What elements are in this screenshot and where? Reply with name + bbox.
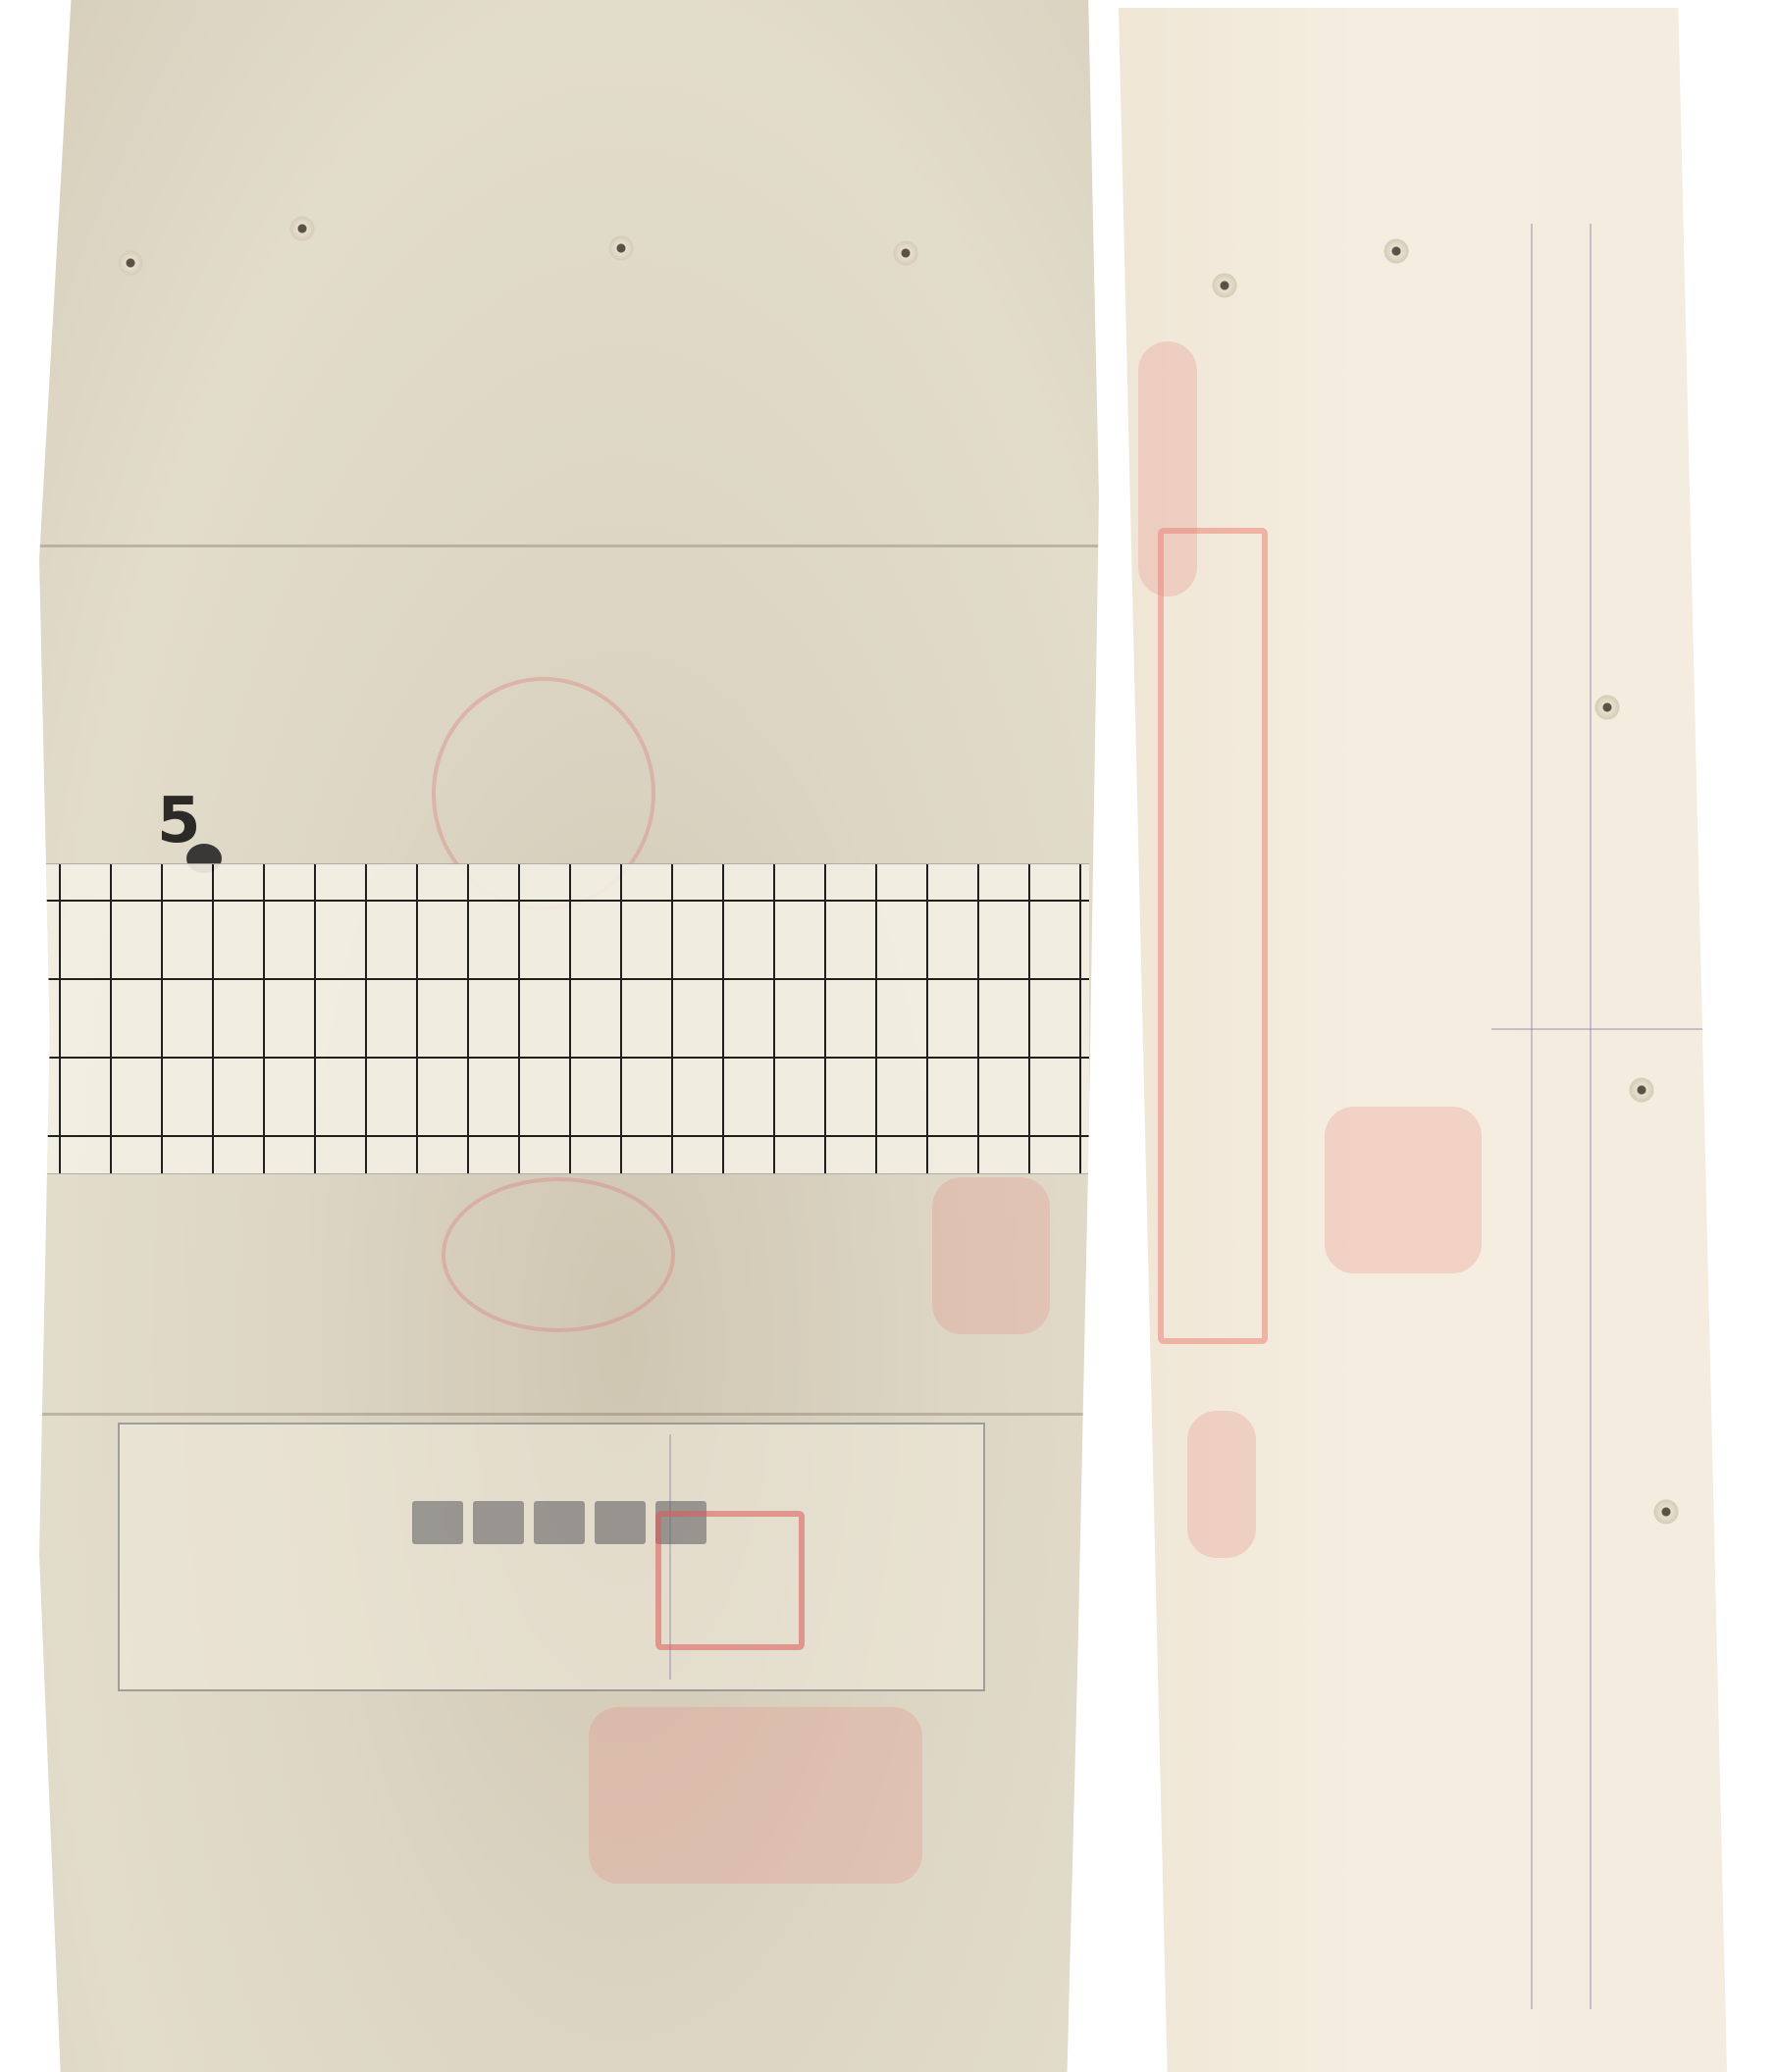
punch-hole <box>289 216 315 241</box>
ruled-line <box>1531 224 1533 2009</box>
right-document-piece <box>1119 8 1727 2072</box>
fold-line <box>39 544 1099 547</box>
fold-line <box>39 1413 1099 1416</box>
punch-hole <box>118 250 143 276</box>
square-red-seal <box>655 1511 805 1650</box>
ruled-line <box>1491 1028 1707 1030</box>
label-box <box>118 1423 985 1691</box>
left-document-piece: 5 <box>39 0 1099 2072</box>
vertical-red-rectangle-seal <box>1158 528 1268 1344</box>
punch-hole <box>608 235 634 261</box>
red-ink-bleed <box>1187 1411 1256 1558</box>
large-red-seal-bottom <box>589 1707 922 1884</box>
red-ink-bleed <box>1138 341 1197 596</box>
punch-hole <box>1629 1077 1654 1103</box>
grid-paper-strip <box>39 863 1089 1174</box>
punch-hole <box>1212 273 1237 298</box>
punch-hole <box>1384 238 1409 264</box>
ruled-line <box>1590 224 1592 2009</box>
punch-hole <box>893 240 918 266</box>
punch-hole <box>1653 1499 1679 1525</box>
oval-red-seal <box>442 1177 675 1332</box>
punch-hole <box>1594 695 1620 720</box>
red-ink-bleed <box>932 1177 1050 1334</box>
oval-red-seal <box>1325 1107 1482 1273</box>
